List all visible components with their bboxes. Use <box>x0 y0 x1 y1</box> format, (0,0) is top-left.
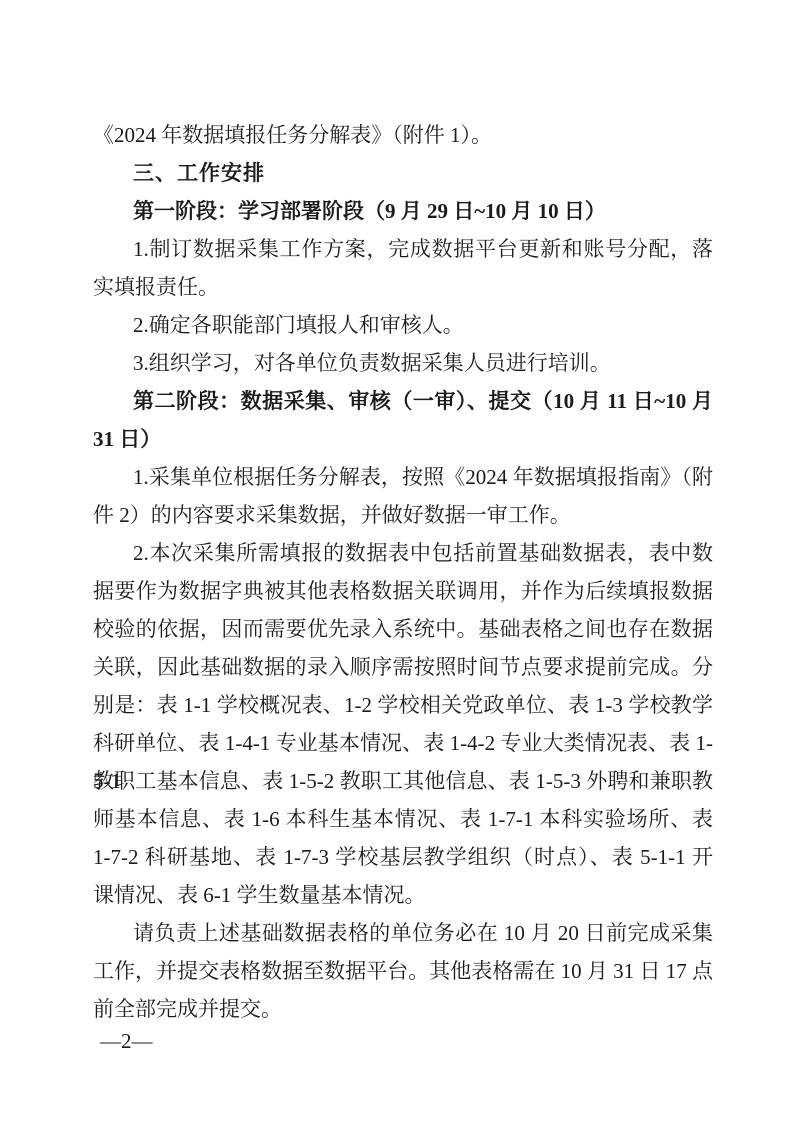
text-line: 31 日） <box>93 420 713 458</box>
text-line: 课情况、表 6-1 学生数量基本情况。 <box>93 876 713 914</box>
document-page: 《2024 年数据填报任务分解表》（附件 1）。三、工作安排第一阶段：学习部署阶… <box>0 0 794 1122</box>
text-line: 实填报责任。 <box>93 268 713 306</box>
text-line: 前全部完成并提交。 <box>93 990 713 1028</box>
text-line: 工作，并提交表格数据至数据平台。其他表格需在 10 月 31 日 17 点 <box>93 952 713 990</box>
text-line: 关联，因此基础数据的录入顺序需按照时间节点要求提前完成。分 <box>93 648 713 686</box>
text-line: 件 2）的内容要求采集数据，并做好数据一审工作。 <box>93 496 713 534</box>
document-body: 《2024 年数据填报任务分解表》（附件 1）。三、工作安排第一阶段：学习部署阶… <box>93 116 713 1028</box>
text-line: 教职工基本信息、表 1-5-2 教职工其他信息、表 1-5-3 外聘和兼职教 <box>93 762 713 800</box>
text-line: 师基本信息、表 1-6 本科生基本情况、表 1-7-1 本科实验场所、表 <box>93 800 713 838</box>
text-line: 校验的依据，因而需要优先录入系统中。基础表格之间也存在数据 <box>93 610 713 648</box>
text-line: 1.采集单位根据任务分解表，按照《2024 年数据填报指南》（附 <box>93 458 713 496</box>
text-line: 别是：表 1-1 学校概况表、1-2 学校相关党政单位、表 1-3 学校教学 <box>93 686 713 724</box>
text-line: 《2024 年数据填报任务分解表》（附件 1）。 <box>93 116 713 154</box>
text-line: 2.确定各职能部门填报人和审核人。 <box>93 306 713 344</box>
text-line: 第二阶段：数据采集、审核（一审）、提交（10 月 11 日~10 月 <box>93 382 713 420</box>
text-line: 2.本次采集所需填报的数据表中包括前置基础数据表，表中数 <box>93 534 713 572</box>
text-line: 3.组织学习，对各单位负责数据采集人员进行培训。 <box>93 344 713 382</box>
page-number: —2— <box>100 1026 153 1056</box>
text-line: 第一阶段：学习部署阶段（9 月 29 日~10 月 10 日） <box>93 192 713 230</box>
text-line: 据要作为数据字典被其他表格数据关联调用，并作为后续填报数据 <box>93 572 713 610</box>
text-line: 1-7-2 科研基地、表 1-7-3 学校基层教学组织（时点）、表 5-1-1 … <box>93 838 713 876</box>
text-line: 1.制订数据采集工作方案，完成数据平台更新和账号分配，落 <box>93 230 713 268</box>
text-line: 请负责上述基础数据表格的单位务必在 10 月 20 日前完成采集 <box>93 914 713 952</box>
text-line: 三、工作安排 <box>93 154 713 192</box>
text-line: 科研单位、表 1-4-1 专业基本情况、表 1-4-2 专业大类情况表、表 1-… <box>93 724 713 762</box>
